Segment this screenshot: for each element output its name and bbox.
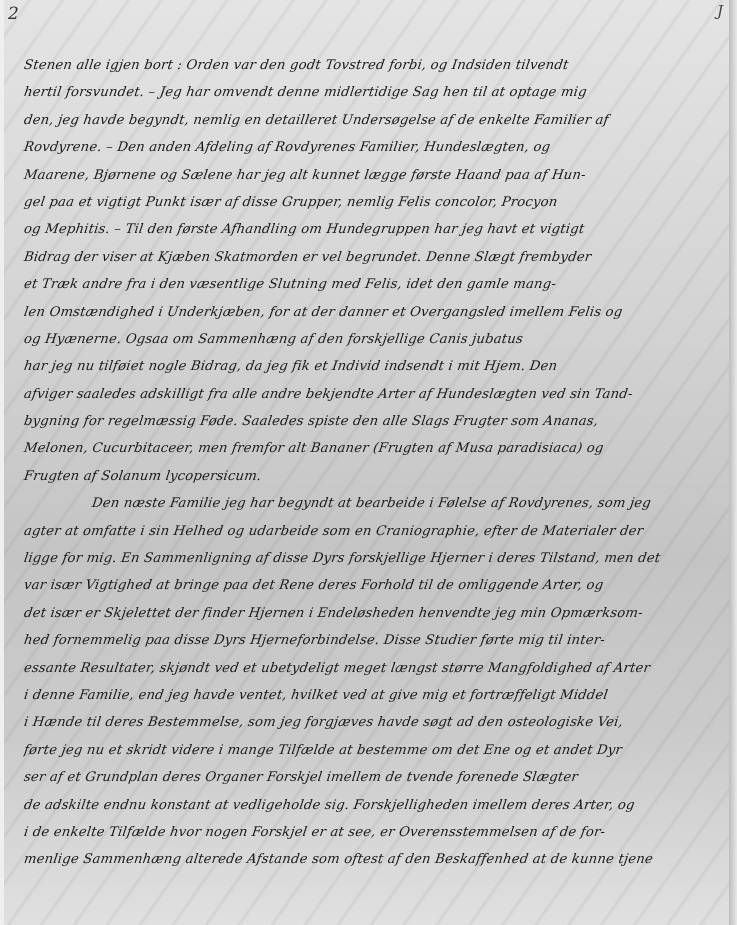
text-line: i de enkelte Tilfælde hvor nogen Forskje… <box>22 819 726 846</box>
text-line: ligge for mig. En Sammenligning af disse… <box>22 545 726 572</box>
text-line: var især Vigtighed at bringe paa det Ren… <box>22 572 726 599</box>
text-line: hertil forsvundet. – Jeg har omvendt den… <box>22 79 726 106</box>
text-line: ser af et Grundplan deres Organer Forskj… <box>22 764 726 791</box>
text-line: afviger saaledes adskilligt fra alle and… <box>22 381 726 408</box>
text-line: len Omstændighed i Underkjæben, for at d… <box>22 299 726 326</box>
text-line: de adskilte endnu konstant at vedligehol… <box>22 792 726 819</box>
manuscript-page: 2 J Stenen alle igjen bort : Orden var d… <box>0 0 737 925</box>
text-line: i Hænde til deres Bestemmelse, som jeg f… <box>22 709 726 736</box>
text-line: har jeg nu tilføiet nogle Bidrag, da jeg… <box>22 353 726 380</box>
text-line: et Træk andre fra i den væsentlige Slutn… <box>22 271 726 298</box>
text-line: den, jeg havde begyndt, nemlig en detail… <box>22 107 726 134</box>
text-line: agter at omfatte i sin Helhed og udarbei… <box>22 518 726 545</box>
text-line: gel paa et vigtigt Punkt især af disse G… <box>22 189 726 216</box>
corner-mark: J <box>717 2 723 20</box>
page-edge-left <box>0 0 4 925</box>
text-line: det især er Skjelettet der finder Hjerne… <box>22 600 726 627</box>
paragraph-start-line: Den næste Familie jeg har begyndt at bea… <box>22 490 726 517</box>
text-line: i denne Familie, end jeg havde ventet, h… <box>22 682 726 709</box>
text-line: og Hyænerne. Ogsaa om Sammenhæng af den … <box>22 326 726 353</box>
text-line: Stenen alle igjen bort : Orden var den g… <box>22 52 726 79</box>
text-line: Maarene, Bjørnene og Sælene har jeg alt … <box>22 162 726 189</box>
text-line: essante Resultater, skjøndt ved et ubety… <box>22 655 726 682</box>
text-line: menlige Sammenhæng alterede Afstande som… <box>22 846 726 873</box>
text-line: bygning for regelmæssig Føde. Saaledes s… <box>22 408 726 435</box>
text-line: Rovdyrene. – Den anden Afdeling af Rovdy… <box>22 134 726 161</box>
text-line: førte jeg nu et skridt videre i mange Ti… <box>22 737 726 764</box>
handwritten-text-block: Stenen alle igjen bort : Orden var den g… <box>22 52 722 874</box>
text-line: Bidrag der viser at Kjæben Skatmorden er… <box>22 244 726 271</box>
text-line: hed fornemmelig paa disse Dyrs Hjernefor… <box>22 627 726 654</box>
text-line: Melonen, Cucurbitaceer, men fremfor alt … <box>22 435 726 462</box>
text-line: Frugten af Solanum lycopersicum. <box>22 463 726 490</box>
page-number: 2 <box>8 4 19 24</box>
page-edge-right <box>729 0 737 925</box>
text-line: og Mephitis. – Til den første Afhandling… <box>22 216 726 243</box>
